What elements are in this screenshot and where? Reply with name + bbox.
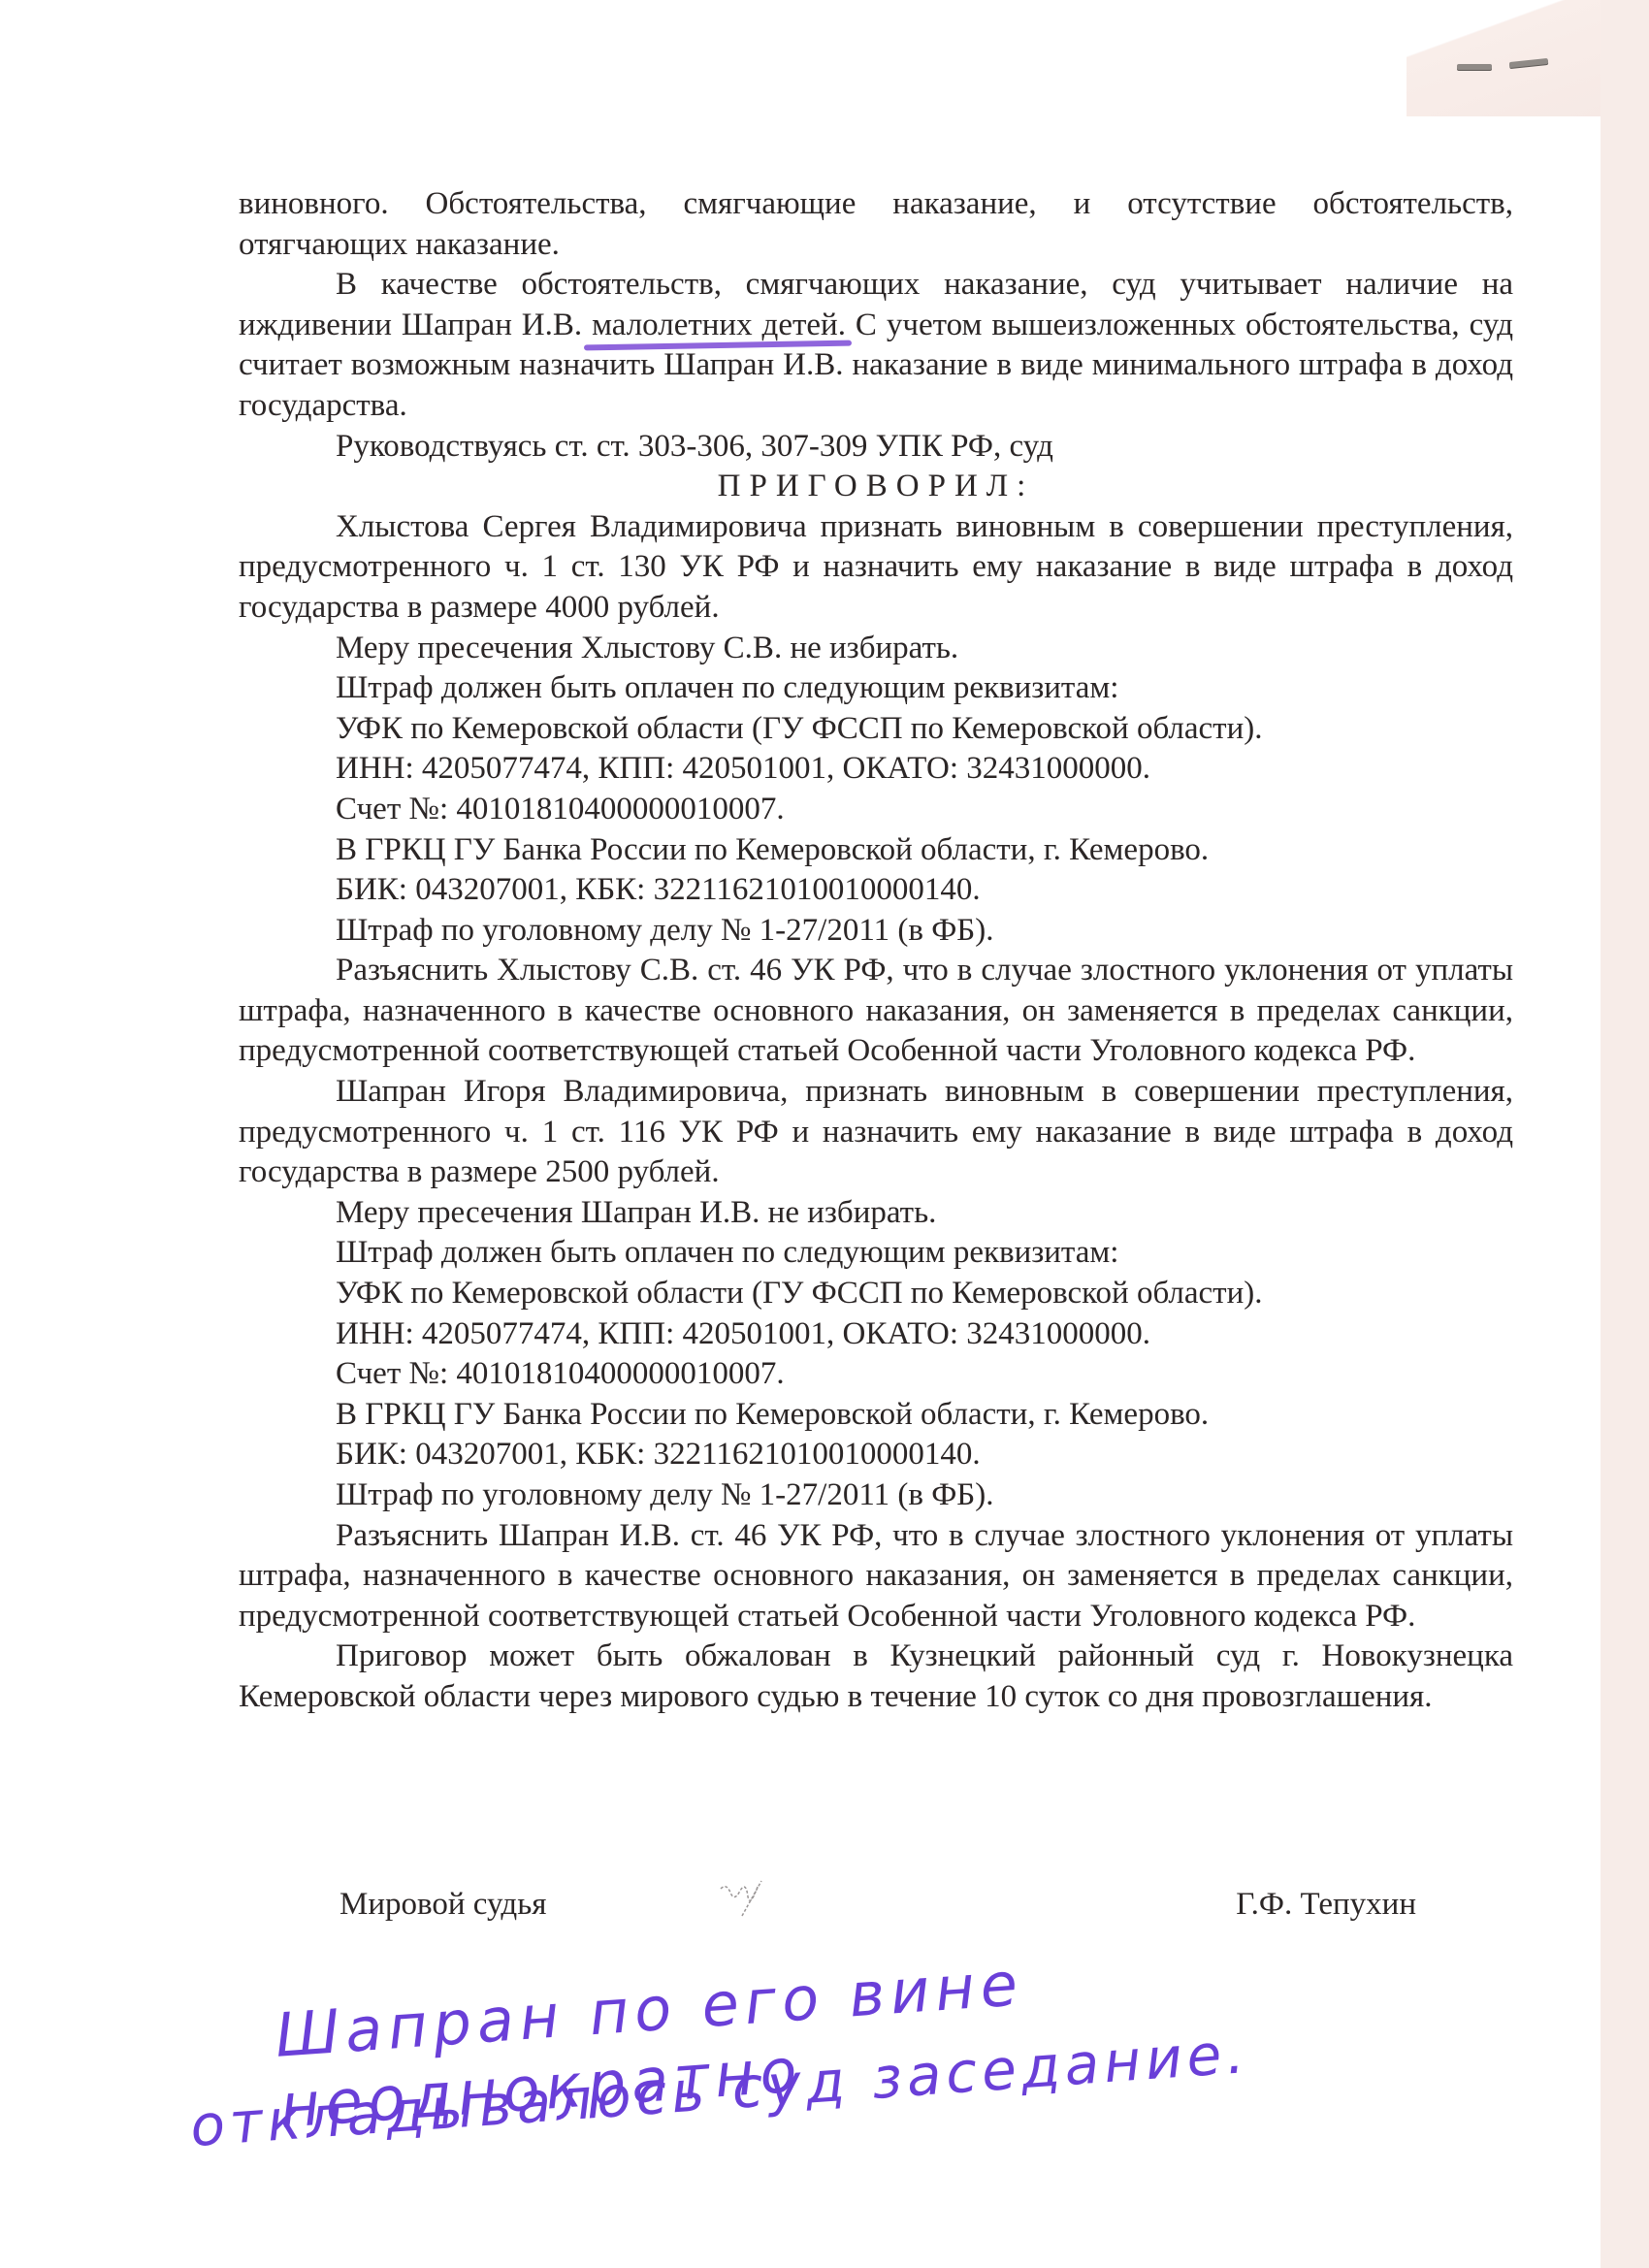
paragraph: Разъяснить Шапран И.В. ст. 46 УК РФ, что… bbox=[239, 1516, 1513, 1637]
paragraph: УФК по Кемеровской области (ГУ ФССП по К… bbox=[239, 1274, 1513, 1314]
pen-underlined-text: малолетних детей. bbox=[592, 308, 846, 342]
paragraph: Меру пресечения Шапран И.В. не избирать. bbox=[239, 1193, 1513, 1234]
paragraph: Счет №: 40101810400000010007. bbox=[239, 790, 1513, 830]
paragraph: В качестве обстоятельств, смягчающих нак… bbox=[239, 265, 1513, 426]
paragraph: ИНН: 4205077474, КПП: 420501001, ОКАТО: … bbox=[239, 1314, 1513, 1355]
paragraph: В ГРКЦ ГУ Банка России по Кемеровской об… bbox=[239, 1395, 1513, 1436]
page-corner-fold bbox=[1406, 0, 1600, 116]
signature-title: Мировой судья bbox=[339, 1887, 546, 1923]
paragraph: Штраф должен быть оплачен по следующим р… bbox=[239, 1233, 1513, 1274]
paragraph: Счет №: 40101810400000010007. bbox=[239, 1354, 1513, 1395]
paragraph: УФК по Кемеровской области (ГУ ФССП по К… bbox=[239, 709, 1513, 750]
paragraph: В ГРКЦ ГУ Банка России по Кемеровской об… bbox=[239, 830, 1513, 871]
paragraph: Разъяснить Хлыстову С.В. ст. 46 УК РФ, ч… bbox=[239, 951, 1513, 1072]
paragraph: ИНН: 4205077474, КПП: 420501001, ОКАТО: … bbox=[239, 749, 1513, 790]
paragraph: БИК: 043207001, КБК: 3221162101001000014… bbox=[239, 1435, 1513, 1475]
signature-block: Мировой судья Г.Ф. Тепухин bbox=[339, 1887, 1416, 1923]
paragraph: Штраф по уголовному делу № 1-27/2011 (в … bbox=[239, 911, 1513, 952]
paragraph: Приговор может быть обжалован в Кузнецки… bbox=[239, 1636, 1513, 1717]
paragraph: Шапран Игоря Владимировича, признать вин… bbox=[239, 1072, 1513, 1193]
paragraph: виновного. Обстоятельства, смягчающие на… bbox=[239, 184, 1513, 265]
paragraph: БИК: 043207001, КБК: 3221162101001000014… bbox=[239, 870, 1513, 911]
judge-name: Г.Ф. Тепухин bbox=[1236, 1887, 1416, 1923]
paragraph: Штраф по уголовному делу № 1-27/2011 (в … bbox=[239, 1475, 1513, 1516]
paragraph: Хлыстова Сергея Владимировича признать в… bbox=[239, 507, 1513, 629]
document-body: виновного. Обстоятельства, смягчающие на… bbox=[239, 184, 1513, 1718]
paragraph: Штраф должен быть оплачен по следующим р… bbox=[239, 668, 1513, 709]
verdict-heading: ПРИГОВОРИЛ: bbox=[239, 467, 1513, 507]
staple-icon bbox=[1457, 64, 1492, 70]
handwritten-note: Шапран по его вине неоднократно откладыв… bbox=[179, 1930, 1440, 2221]
paragraph: Меру пресечения Хлыстову С.В. не избират… bbox=[239, 629, 1513, 669]
paragraph: Руководствуясь ст. ст. 303-306, 307-309 … bbox=[239, 427, 1513, 468]
paper-edge bbox=[1600, 0, 1649, 2268]
